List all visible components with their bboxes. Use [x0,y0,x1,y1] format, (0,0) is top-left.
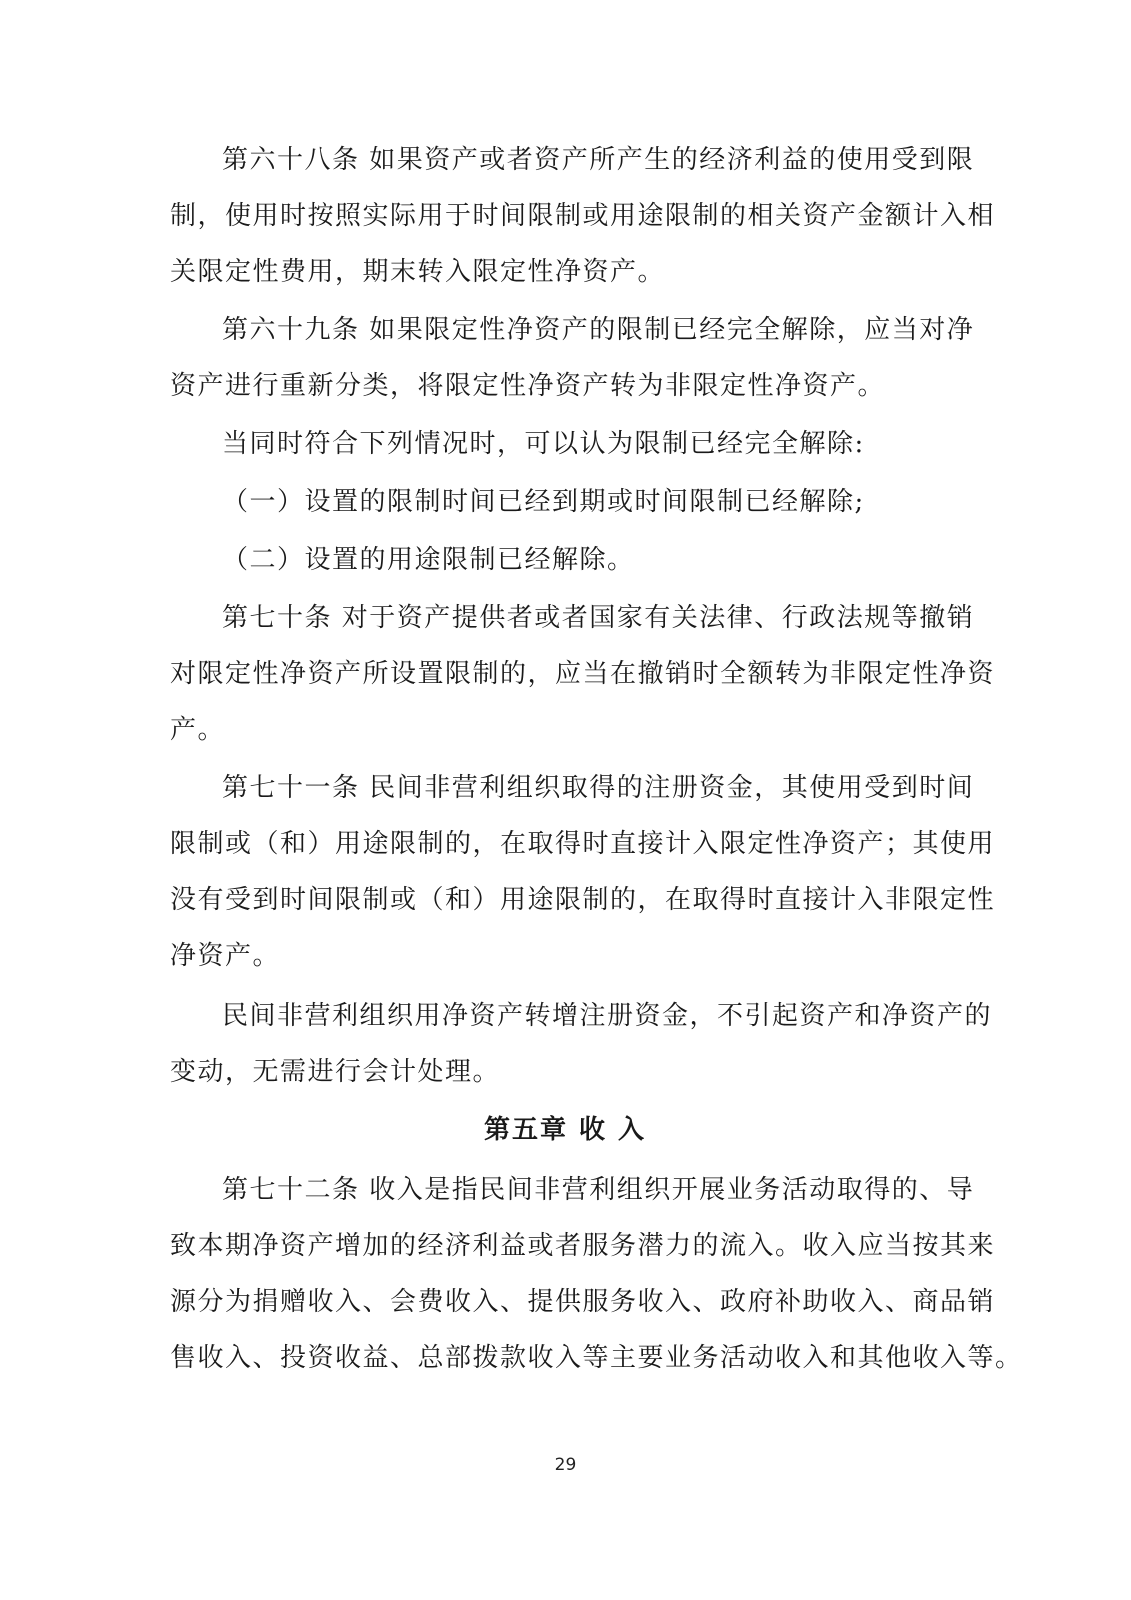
article-69-line-1: 第六十九条 如果限定性净资产的限制已经完全解除，应当对净 [222,310,974,350]
article-69-line-2: 资产进行重新分类，将限定性净资产转为非限定性净资产。 [170,366,885,406]
article-71-line-2: 限制或（和）用途限制的，在取得时直接计入限定性净资产；其使用 [170,824,995,864]
article-72-line-1: 第七十二条 收入是指民间非营利组织开展业务活动取得的、导 [222,1170,974,1210]
article-71-line-3: 没有受到时间限制或（和）用途限制的，在取得时直接计入非限定性 [170,880,995,920]
article-71-line-1: 第七十一条 民间非营利组织取得的注册资金，其使用受到时间 [222,768,974,808]
article-71-line-4: 净资产。 [170,936,280,976]
condition-1: （一）设置的限制时间已经到期或时间限制已经解除; [222,482,865,522]
article-68-line-2: 制，使用时按照实际用于时间限制或用途限制的相关资产金额计入相 [170,196,995,236]
article-72-line-3: 源分为捐赠收入、会费收入、提供服务收入、政府补助收入、商品销 [170,1282,995,1322]
conditions-intro: 当同时符合下列情况时，可以认为限制已经完全解除: [222,424,865,464]
condition-2: （二）设置的用途限制已经解除。 [222,540,635,580]
article-70-line-1: 第七十条 对于资产提供者或者国家有关法律、行政法规等撤销 [222,598,974,638]
article-71-note-line-1: 民间非营利组织用净资产转增注册资金，不引起资产和净资产的 [222,996,992,1036]
article-70-line-2: 对限定性净资产所设置限制的，应当在撤销时全额转为非限定性净资 [170,654,995,694]
article-68-line-1: 第六十八条 如果资产或者资产所产生的经济利益的使用受到限 [222,140,974,180]
article-71-note-line-2: 变动，无需进行会计处理。 [170,1052,500,1092]
article-72-line-2: 致本期净资产增加的经济利益或者服务潜力的流入。收入应当按其来 [170,1226,995,1266]
article-68-line-3: 关限定性费用，期末转入限定性净资产。 [170,252,665,292]
chapter-heading: 第五章 收 入 [170,1110,960,1150]
article-70-line-3: 产。 [170,710,225,750]
page-number: 29 [0,1455,1131,1475]
article-72-line-4: 售收入、投资收益、总部拨款收入等主要业务活动收入和其他收入等。 [170,1338,1023,1378]
